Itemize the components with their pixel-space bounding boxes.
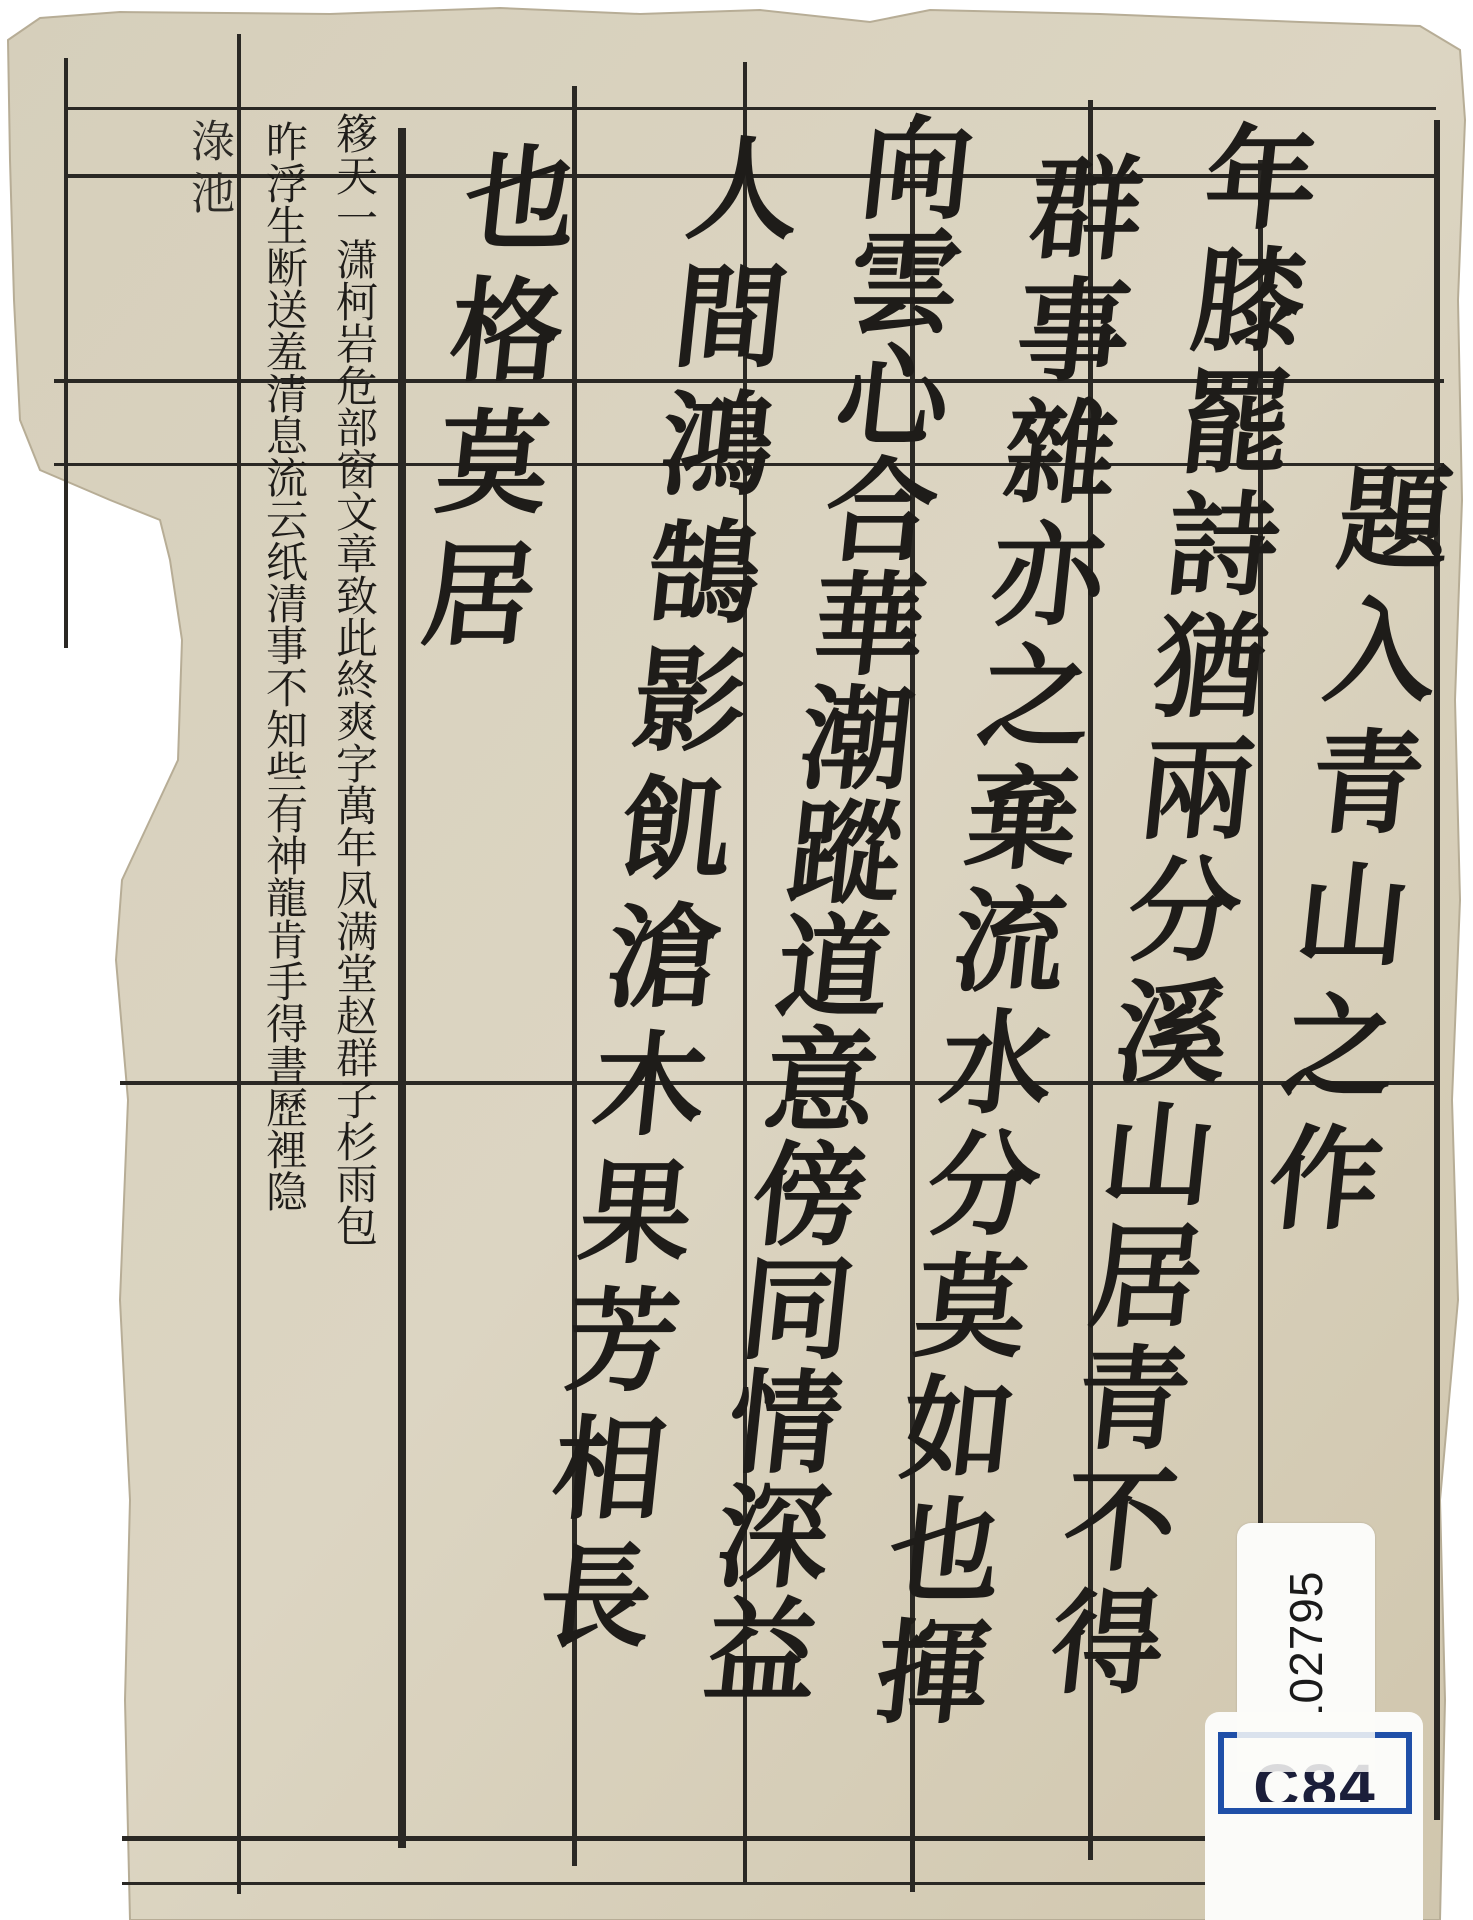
column-text: 也格莫居 [406,140,573,668]
box-code-label: C84 [1205,1712,1423,1920]
column-text: 簃天一潇柯岩危部窗文章致此終爽字萬年凤满堂赵群子杉雨包 [333,112,375,1246]
annotation-column-right: 簃天一潇柯岩危部窗文章致此終爽字萬年凤满堂赵群子杉雨包 [322,112,386,1246]
text-column-1: 題入青山之作 [1275,460,1425,1252]
column-text: 昨浮生断送羞清息流云纸清事不知些有神龍肯手得書歷裡隐 [263,120,305,1212]
annotation-column-left: 昨浮生断送羞清息流云纸清事不知些有神龍肯手得書歷裡隐 [252,120,316,1212]
ruling-line-vertical [1434,120,1440,1820]
ruling-line-vertical [64,58,68,648]
column-text: 淥池 [186,118,230,222]
manuscript-page: 題入青山之作 年膝罷詩猶兩分溪山居青不得 群事雜亦之棄流水分莫如也揮 向雲心合華… [0,0,1473,1920]
text-column-6: 也格莫居 [415,140,565,668]
ruling-line-vertical [237,34,241,1894]
column-text: 題入青山之作 [1252,460,1447,1252]
margin-column: 淥池 [180,118,236,222]
catalog-number: 102795 [1279,1571,1333,1731]
ruling-line-vertical [398,128,406,1848]
label-overlap [1237,1712,1375,1772]
text-column-5: 人間鴻鵠影飢滄木果芳相長 [585,130,735,1666]
ruling-line-horizontal [64,107,1436,110]
